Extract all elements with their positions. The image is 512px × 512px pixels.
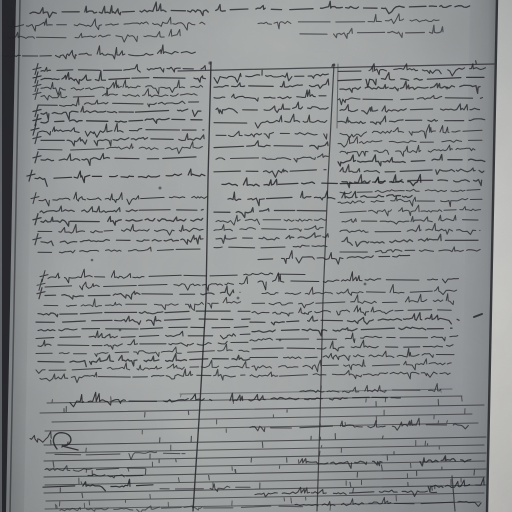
manuscript-scan [0, 0, 512, 512]
page-root [0, 0, 512, 512]
vignette-overlay [0, 0, 512, 512]
